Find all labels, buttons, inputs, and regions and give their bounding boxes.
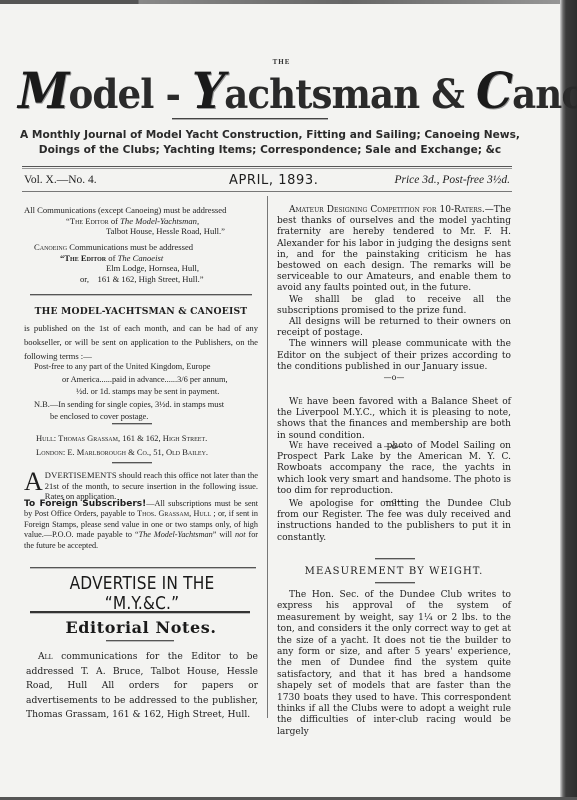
dundee-paragraph: We apologise for omitting the Dundee Clu… [277,499,511,544]
competition-paragraph: Amateur Designing Competition for 10-Rat… [277,205,511,295]
competition-article: Amateur Designing Competition for 10-Rat… [277,205,511,383]
photo-paragraph: We have received a photo of Model Sailin… [277,441,511,497]
london-address: London: E. Marlborough & Co., 51, Old Ba… [24,446,258,460]
foreign-payee: Thos. Grassam, Hull [137,509,211,518]
section-rule [30,567,256,569]
editor-label: “The Editor [60,253,106,263]
short-rule [375,558,415,560]
foreign-text: ” will [213,530,235,539]
masthead-cap-y: Y [192,61,224,120]
masthead-word-canoeist: anoeist. [512,71,577,118]
issue-date: APRIL, 1893. [229,173,319,188]
issue-volume: Vol. X.—No. 4. [24,174,97,186]
publisher-addresses: Hull: Thomas Grassam, 161 & 162, High St… [24,432,258,459]
london-text: E. Marlborough & Co., 51, Old Bailey. [65,447,208,457]
competition-lead: Amateur Designing Competition for 10-Rat… [289,205,485,215]
issue-bar: Vol. X.—No. 4. APRIL, 1893. Price 3d., P… [24,174,510,190]
canoeing-label: Canoeing [34,242,67,252]
masthead-rule [172,118,328,120]
canoeing-address-2: or, 161 & 162, High Street, Hull.” [24,274,258,285]
hull-label: Hull: [36,433,56,443]
magazine-name: The Model-Yachtsman, [120,216,199,226]
photo-text: have received a photo of Model Sailing o… [277,441,511,496]
terms-line: be enclosed to cover postage. [24,411,258,424]
communications-notice: All Communications (except Canoeing) mus… [24,205,258,237]
publication-body: is published on the 1st of each month, a… [24,321,258,363]
terms-line: or America......paid in advance......3/6… [24,374,258,387]
subtitle-line-2: Doings of the Clubs; Yachting Items; Cor… [20,143,520,159]
masthead-cap-c: C [476,61,512,120]
liverpool-paragraph: We have been favored with a Balance Shee… [277,397,511,442]
dundee-article: We apologise for omitting the Dundee Clu… [277,499,511,544]
masthead-word-yachtsman: achtsman & [224,71,476,118]
column-divider [267,196,268,718]
editorial-text: communications for the Editor to be addr… [26,651,258,720]
communications-editor-line: “The Editor of The Model-Yachtsman, [24,216,258,227]
foreign-not: not [235,530,245,539]
short-rule [112,423,152,425]
canoeing-editor-line: “The Editor of The Canoeist [24,253,258,264]
editorial-title: Editorial Notes. [24,618,258,637]
short-rule [106,640,174,642]
competition-paragraph: We shalll be glad to receive all the sub… [277,295,511,317]
terms-line: ½d. or 1d. stamps may be sent in payment… [24,386,258,399]
section-rule [30,294,252,296]
communications-line: All Communications (except Canoeing) mus… [24,205,258,216]
issue-price: Price 3d., Post-free 3½d. [394,174,510,186]
editor-label: “The Editor [66,216,109,226]
hull-text: Thomas Grassam, 161 & 162, High Street. [56,433,207,443]
short-rule [375,582,415,584]
masthead-cap-m: M [18,61,69,120]
measurement-article: The Hon. Sec. of the Dundee Club writes … [277,590,511,738]
terms-line: N.B.—In sending for single copies, 3½d. … [24,399,258,412]
masthead-word-model: odel - [69,71,192,118]
liverpool-text: have been favored with a Balance Sheet o… [277,397,511,441]
separator: —o— [277,373,511,383]
short-rule [112,462,152,464]
london-label: London: [36,447,65,457]
issue-rule [22,191,512,192]
editorial-body: All communications for the Editor to be … [26,650,258,723]
header-rule [22,166,512,169]
of-text: of [109,216,120,226]
photo-article: We have received a photo of Model Sailin… [277,441,511,507]
of-text: of [106,253,117,263]
terms-line: Post-free to any part of the United King… [24,361,258,374]
scan-top-edge [0,0,577,4]
advertise-banner: ADVERTISE IN THE “M.Y.&C.” [40,574,244,614]
publication-title: THE MODEL-YACHTSMAN & CANOEIST [24,306,258,317]
publication-terms: Post-free to any part of the United King… [24,361,258,424]
magazine-name: The Canoeist [118,253,164,263]
scan-right-edge [560,0,577,800]
competition-paragraph: The winners will please communicate with… [277,339,511,373]
foreign-subscribers-notice: To Foreign Subscribers!—All subscription… [24,499,258,551]
measurement-paragraph: The Hon. Sec. of the Dundee Club writes … [277,590,511,738]
hull-address: Hull: Thomas Grassam, 161 & 162, High St… [24,432,258,446]
section-rule [30,611,250,614]
communications-address: Talbot House, Hessle Road, Hull.” [24,226,258,237]
photo-lead: We [289,441,303,451]
canoeing-address-1: Elm Lodge, Hornsea, Hull, [24,263,258,274]
liverpool-lead: We [289,397,303,407]
measurement-title: MEASUREMENT BY WEIGHT. [277,566,511,577]
magazine-name: The Model-Yachtsman [139,530,213,539]
canoeing-notice: Canoeing Communications must be addresse… [24,242,258,284]
advertisements-notice: ADVERTISEMENTS should reach this office … [24,470,258,502]
competition-paragraph: All designs will be returned to their ow… [277,317,511,339]
subtitle-line-1: A Monthly Journal of Model Yacht Constru… [20,128,520,144]
canoeing-text: Communications must be addressed [67,242,193,252]
foreign-head: To Foreign Subscribers! [24,499,146,509]
ads-head: DVERTISEMENTS [45,470,117,480]
editorial-lead: All [26,651,53,662]
competition-text: —The best thanks of ourselves and the mo… [277,205,511,293]
canoeing-line: Canoeing Communications must be addresse… [24,242,258,253]
masthead-title: Model - Yachtsman & Canoeist. [18,62,483,120]
dropcap: A [24,471,43,493]
